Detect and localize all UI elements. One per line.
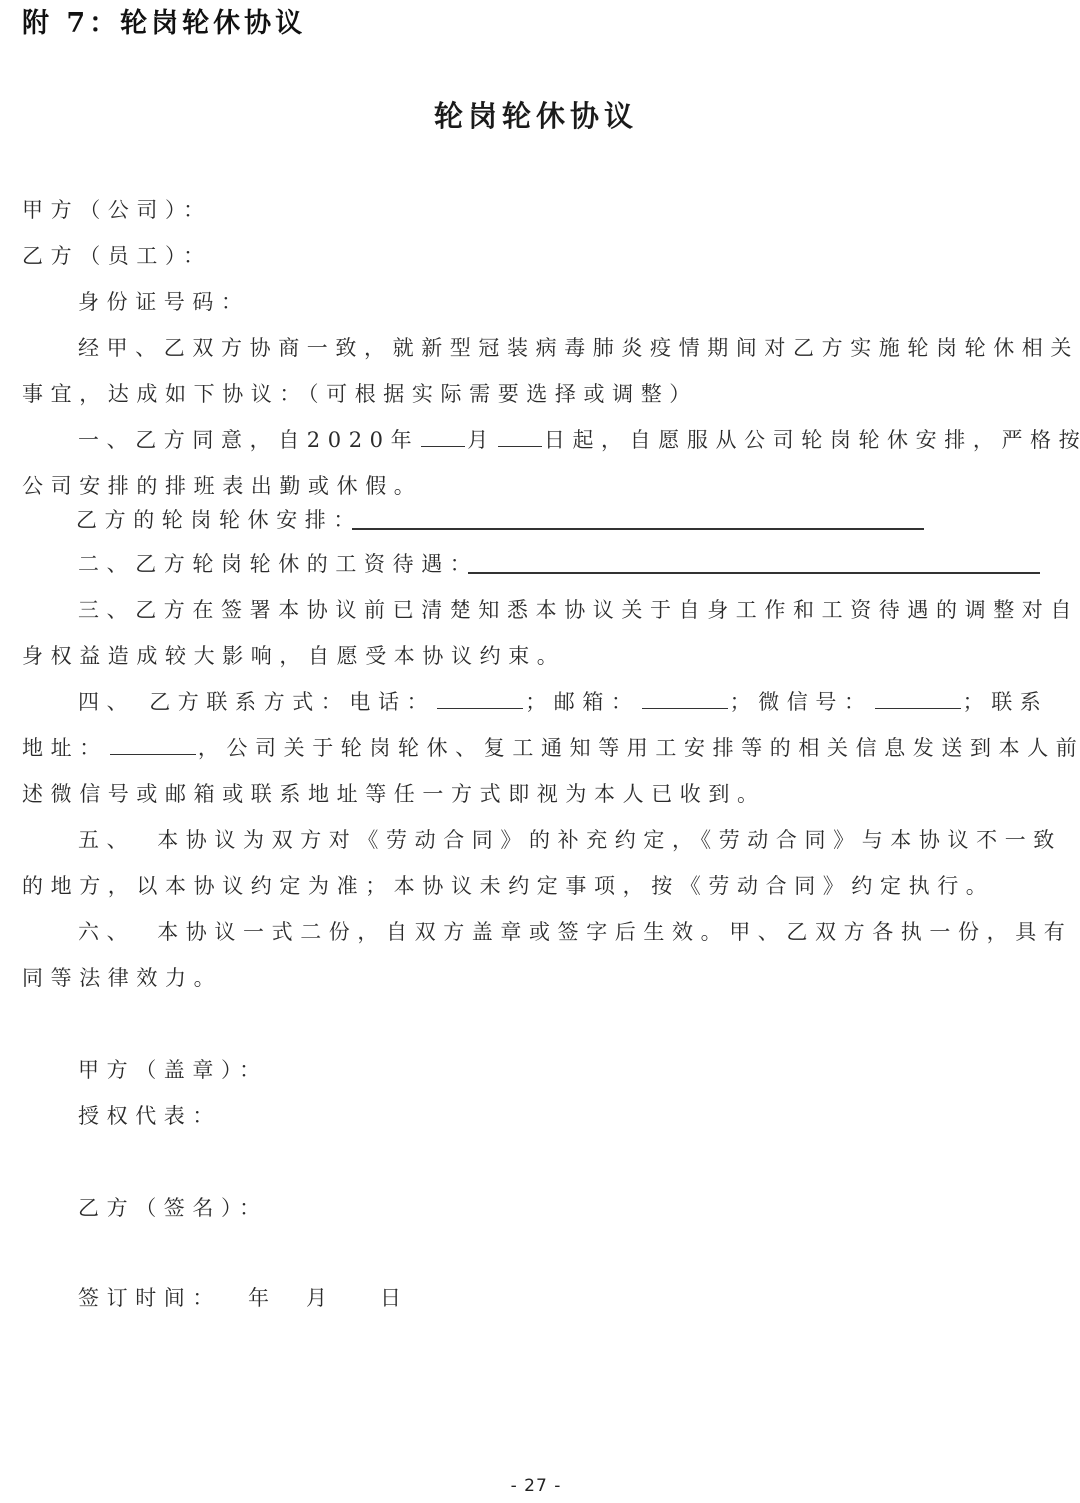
clause-1-prefix: 一、乙方同意，自2020年 — [78, 428, 419, 452]
sign-date-label: 签订时间： — [78, 1284, 221, 1312]
clause-2-label: 二、乙方轮岗轮休的工资待遇： — [78, 550, 478, 578]
sign-date-month: 月 — [306, 1284, 335, 1312]
party-a-label: 甲方（公司）： — [22, 196, 212, 224]
party-b-label: 乙方（员工）： — [22, 242, 212, 270]
address-label-a: ；联系 — [963, 690, 1049, 714]
clause-6-text: 本协议一式二份，自双方盖章或签字后生效。甲、乙双方各执一份，具有 — [157, 920, 1072, 944]
clause-1-month: 月 — [467, 428, 496, 452]
clause-1-line-1: 一、乙方同意，自2020年月日起，自愿服从公司轮岗轮休安排，严格按照 — [78, 426, 1080, 454]
clause-5-line-2: 的地方，以本协议约定为准；本协议未约定事项，按《劳动合同》约定执行。 — [22, 872, 994, 900]
document-title: 轮岗轮休协议 — [0, 98, 1072, 134]
clause-6-line-1: 六、本协议一式二份，自双方盖章或签字后生效。甲、乙双方各执一份，具有 — [78, 918, 1072, 946]
clause-4-line-2-rest: ，公司关于轮岗轮休、复工通知等用工安排等的相关信息发送到本人前 — [198, 736, 1080, 760]
salary-blank-line[interactable] — [468, 572, 1040, 574]
phone-blank[interactable] — [437, 690, 523, 709]
arrangement-blank-line[interactable] — [352, 528, 924, 530]
page-number: - 27 - — [0, 1476, 1072, 1496]
email-blank[interactable] — [642, 690, 728, 709]
clause-6-number: 六、 — [78, 920, 135, 944]
clause-3-line-2: 身权益造成较大影响，自愿受本协议约束。 — [22, 642, 565, 670]
clause-5-text: 本协议为双方对《劳动合同》的补充约定，《劳动合同》与本协议不一致 — [157, 828, 1062, 852]
attachment-heading: 附 7：轮岗轮休协议 — [22, 6, 306, 42]
email-label: ；邮箱： — [525, 690, 639, 714]
start-month-blank[interactable] — [421, 428, 465, 447]
sign-date-year: 年 — [248, 1284, 277, 1312]
sign-date-day: 日 — [380, 1284, 409, 1312]
clause-5-number: 五、 — [78, 828, 135, 852]
address-label-b: 地址： — [22, 736, 108, 760]
document-page: 附 7：轮岗轮休协议 轮岗轮休协议 甲方（公司）： 乙方（员工）： 身份证号码：… — [0, 0, 1080, 1503]
contact-phone-label: 乙方联系方式：电话： — [149, 690, 435, 714]
clause-5-line-1: 五、本协议为双方对《劳动合同》的补充约定，《劳动合同》与本协议不一致 — [78, 826, 1062, 854]
preamble-line-2: 事宜，达成如下协议：（可根据实际需要选择或调整） — [22, 380, 698, 408]
authorized-rep-label: 授权代表： — [78, 1102, 221, 1130]
party-b-sign-label: 乙方（签名）： — [78, 1194, 268, 1222]
clause-4-line-3: 述微信号或邮箱或联系地址等任一方式即视为本人已收到。 — [22, 780, 766, 808]
wechat-blank[interactable] — [875, 690, 961, 709]
start-day-blank[interactable] — [498, 428, 542, 447]
clause-1-day-suffix: 日起，自愿服从公司轮岗轮休安排，严格按照 — [544, 428, 1080, 452]
clause-4-number: 四、 — [78, 690, 135, 714]
wechat-label: ；微信号： — [730, 690, 873, 714]
address-blank[interactable] — [110, 736, 196, 755]
arrangement-label: 乙方的轮岗轮休安排： — [76, 506, 362, 534]
id-number-label: 身份证号码： — [78, 288, 250, 316]
clause-3-line-1: 三、乙方在签署本协议前已清楚知悉本协议关于自身工作和工资待遇的调整对自 — [78, 596, 1079, 624]
preamble-line-1: 经甲、乙双方协商一致，就新型冠装病毒肺炎疫情期间对乙方实施轮岗轮休相关 — [78, 334, 1079, 362]
clause-4-line-1: 四、乙方联系方式：电话：；邮箱：；微信号：；联系 — [78, 688, 1048, 716]
clause-6-line-2: 同等法律效力。 — [22, 964, 222, 992]
party-a-seal-label: 甲方（盖章）： — [78, 1056, 268, 1084]
clause-1-line-2: 公司安排的排班表出勤或休假。 — [22, 472, 422, 500]
clause-4-line-2: 地址：，公司关于轮岗轮休、复工通知等用工安排等的相关信息发送到本人前 — [22, 734, 1080, 762]
